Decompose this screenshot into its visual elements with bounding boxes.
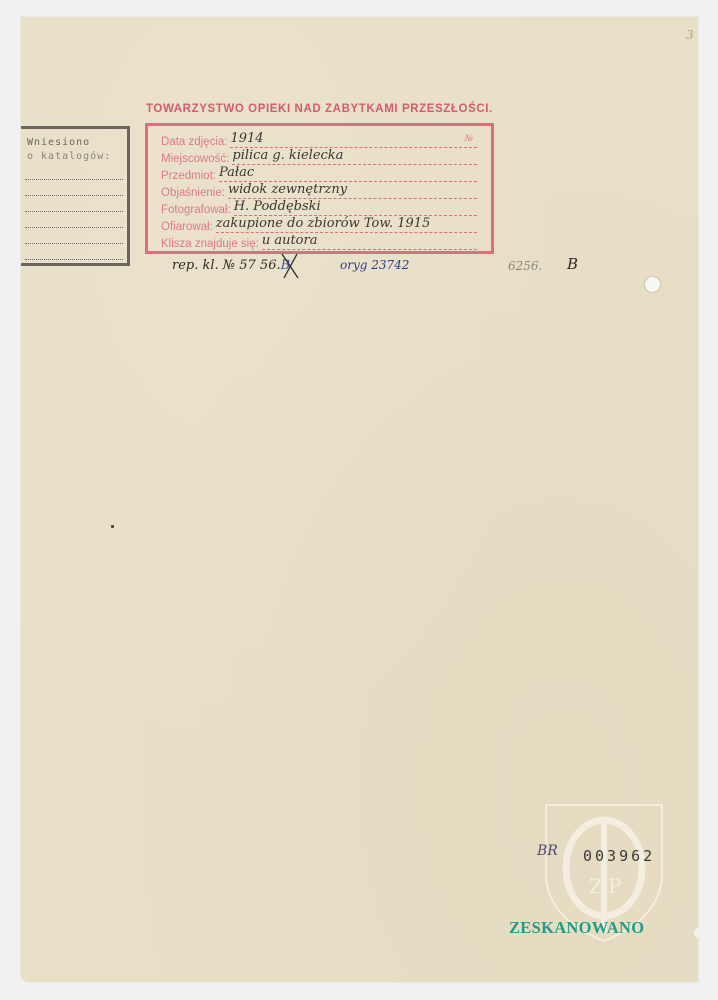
- field-value: 1914 №: [230, 132, 477, 148]
- field-value: u autora: [262, 234, 477, 250]
- paper-speck: [111, 525, 114, 528]
- field-label: Miejscowość:: [161, 153, 232, 165]
- catalog-stamp: Wniesiono o katalogów:: [21, 126, 130, 266]
- field-label: Fotografował:: [161, 204, 234, 216]
- field-description: Objaśnienie: widok zewnętrzny: [161, 183, 477, 199]
- field-value: H. Poddębski: [234, 200, 477, 216]
- field-label: Klisza znajduje się:: [161, 238, 262, 250]
- field-subject: Przedmiot: Pałac: [161, 166, 477, 182]
- field-photographer: Fotografował: H. Poddębski: [161, 200, 477, 216]
- field-value-text: 1914: [230, 131, 263, 146]
- inventory-prefix: BR: [537, 843, 558, 859]
- field-value: Pałac: [219, 166, 477, 182]
- catalog-line: [25, 259, 123, 260]
- reference-letter: B: [567, 255, 578, 273]
- edge-notch: [694, 928, 702, 938]
- catalog-line: [25, 227, 123, 228]
- field-label: Ofiarował:: [161, 221, 216, 233]
- catalog-stamp-line1: Wniesiono: [27, 137, 90, 148]
- society-stamp-title: TOWARZYSTWO OPIEKI NAD ZABYTKAMI PRZESZŁ…: [146, 103, 506, 115]
- catalog-line: [25, 211, 123, 212]
- catalog-line: [25, 195, 123, 196]
- catalog-line: [25, 243, 123, 244]
- field-value: pilica g. kielecka: [232, 149, 477, 165]
- strikethrough-cross-icon: [280, 252, 300, 280]
- catalog-line: [25, 179, 123, 180]
- field-donor: Ofiarował: zakupione do zbiorów Tow. 191…: [161, 217, 477, 233]
- svg-text:P: P: [608, 874, 621, 898]
- field-value: zakupione do zbiorów Tow. 1915: [216, 217, 477, 233]
- page-number-mark: 3: [686, 28, 694, 42]
- society-stamp-box: Data zdjęcia: 1914 № Miejscowość: pilica…: [145, 123, 494, 254]
- field-label: Przedmiot:: [161, 170, 219, 182]
- repository-suffix: 56.: [260, 258, 281, 273]
- field-label: Data zdjęcia:: [161, 136, 230, 148]
- field-value: widok zewnętrzny: [228, 183, 477, 199]
- number-label: №: [464, 132, 473, 146]
- scanned-stamp: ZESKANOWANO: [509, 918, 644, 938]
- catalog-stamp-line2: o katalogów:: [27, 151, 111, 162]
- field-location: Miejscowość: pilica g. kielecka: [161, 149, 477, 165]
- reference-number: 6256.: [508, 259, 542, 273]
- svg-text:Z: Z: [589, 874, 603, 898]
- original-number-note: oryg 23742: [340, 258, 409, 272]
- inventory-number: 003962: [583, 847, 655, 865]
- punch-hole: [645, 277, 660, 292]
- field-label: Objaśnienie:: [161, 187, 228, 199]
- field-photo-date: Data zdjęcia: 1914 №: [161, 132, 477, 148]
- field-plate-location: Klisza znajduje się: u autora: [161, 234, 477, 250]
- repository-note: rep. kl. № 57 56.B: [172, 258, 290, 273]
- repository-number: rep. kl. № 57: [172, 258, 256, 273]
